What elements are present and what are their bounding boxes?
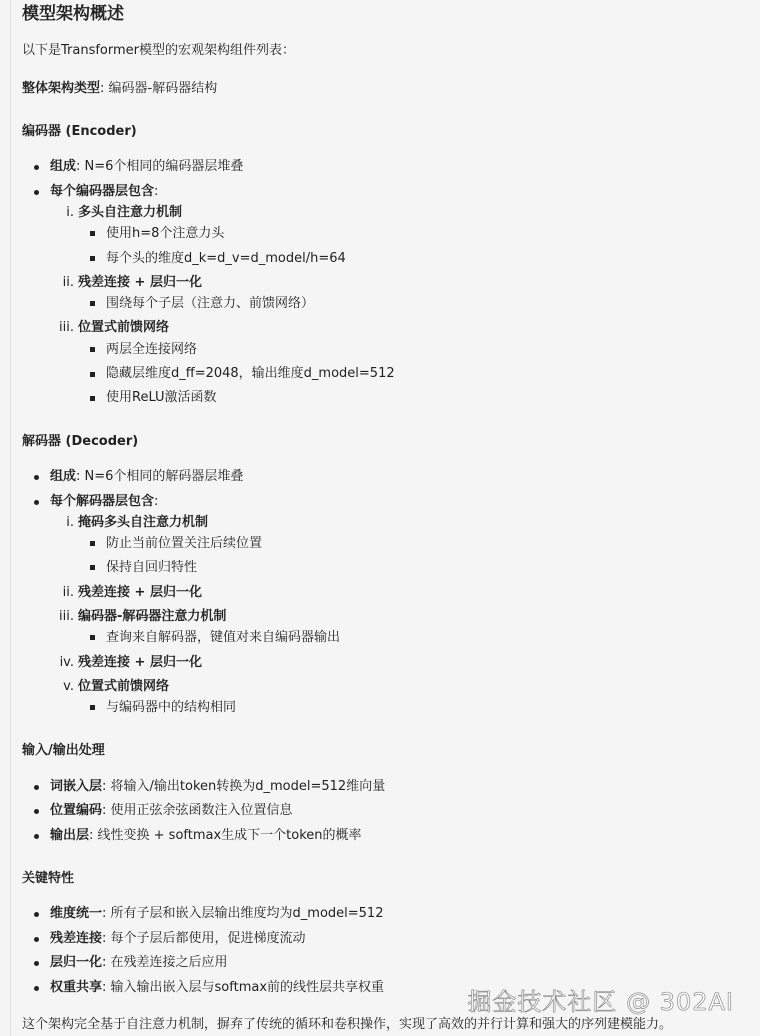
sublayer-title: 残差连接 + 层归一化 xyxy=(78,655,202,671)
encoder-heading: 编码器 (Encoder) xyxy=(22,124,137,140)
sublayer-title: 位置式前馈网络 xyxy=(78,679,169,695)
bullet-icon xyxy=(34,475,39,480)
list-number: v. xyxy=(54,679,74,695)
list-item: 隐藏层维度d_ff=2048，输出维度d_model=512 xyxy=(106,366,395,382)
list-item: 防止当前位置关注后续位置 xyxy=(106,536,262,552)
list-number: iv. xyxy=(54,655,74,671)
list-number: ii. xyxy=(54,585,74,601)
decoder-heading: 解码器 (Decoder) xyxy=(22,434,138,450)
list-number: i. xyxy=(54,515,74,531)
bullet-icon xyxy=(34,785,39,790)
list-item: 使用ReLU激活函数 xyxy=(106,390,217,406)
list-item: 与编码器中的结构相同 xyxy=(106,700,236,716)
list-item: 层归一化: 在残差连接之后应用 xyxy=(50,955,228,971)
square-bullet-icon xyxy=(90,347,95,352)
bullet-icon xyxy=(34,500,39,505)
list-item: 维度统一: 所有子层和嵌入层输出维度均为d_model=512 xyxy=(50,906,383,922)
square-bullet-icon xyxy=(90,635,95,640)
overall-type: 整体架构类型: 编码器-解码器结构 xyxy=(22,81,217,97)
list-item: 输出层: 线性变换 + softmax生成下一个token的概率 xyxy=(50,828,362,844)
conclusion-text: 这个架构完全基于自注意力机制，摒弃了传统的循环和卷积操作，实现了高效的并行计算和… xyxy=(22,1017,672,1033)
list-item: 围绕每个子层（注意力、前馈网络） xyxy=(106,296,314,312)
list-number: iii. xyxy=(54,609,74,625)
sublayer-title: 残差连接 + 层归一化 xyxy=(78,585,202,601)
square-bullet-icon xyxy=(90,396,95,401)
list-item: 残差连接: 每个子层后都使用，促进梯度流动 xyxy=(50,931,306,947)
features-heading: 关键特性 xyxy=(22,871,74,887)
list-item: 位置编码: 使用正弦余弦函数注入位置信息 xyxy=(50,803,293,819)
sublayer-title: 多头自注意力机制 xyxy=(78,205,182,221)
square-bullet-icon xyxy=(90,256,95,261)
list-number: iii. xyxy=(54,320,74,336)
square-bullet-icon xyxy=(90,565,95,570)
intro-text: 以下是Transformer模型的宏观架构组件列表： xyxy=(22,43,295,59)
square-bullet-icon xyxy=(90,301,95,306)
square-bullet-icon xyxy=(90,372,95,377)
sublayer-title: 残差连接 + 层归一化 xyxy=(78,275,202,291)
list-number: ii. xyxy=(54,275,74,291)
square-bullet-icon xyxy=(90,231,95,236)
list-item: 两层全连接网络 xyxy=(106,342,197,358)
bullet-icon xyxy=(34,961,39,966)
square-bullet-icon xyxy=(90,705,95,710)
bullet-icon xyxy=(34,165,39,170)
bullet-icon xyxy=(34,986,39,991)
list-number: i. xyxy=(54,205,74,221)
bullet-icon xyxy=(34,190,39,195)
bullet-icon xyxy=(34,834,39,839)
list-item: 保持自回归特性 xyxy=(106,560,197,576)
bullet-icon xyxy=(34,809,39,814)
list-item: 组成: N=6个相同的解码器层堆叠 xyxy=(50,469,243,485)
sublayer-title: 编码器-解码器注意力机制 xyxy=(78,609,226,625)
bullet-icon xyxy=(34,937,39,942)
list-item: 每个头的维度d_k=d_v=d_model/h=64 xyxy=(106,251,346,267)
list-item: 每个编码器层包含: xyxy=(50,184,158,200)
list-item: 每个解码器层包含: xyxy=(50,494,158,510)
list-item: 查询来自解码器，键值对来自编码器输出 xyxy=(106,630,340,646)
sublayer-title: 位置式前馈网络 xyxy=(78,320,169,336)
io-heading: 输入/输出处理 xyxy=(22,743,105,759)
square-bullet-icon xyxy=(90,541,95,546)
bullet-icon xyxy=(34,912,39,917)
sublayer-title: 掩码多头自注意力机制 xyxy=(78,515,208,531)
list-item: 词嵌入层: 将输入/输出token转换为d_model=512维向量 xyxy=(50,779,385,795)
list-item: 权重共享: 输入输出嵌入层与softmax前的线性层共享权重 xyxy=(50,980,384,996)
list-item: 使用h=8个注意力头 xyxy=(106,226,224,242)
list-item: 组成: N=6个相同的编码器层堆叠 xyxy=(50,159,243,175)
page-title: 模型架构概述 xyxy=(22,4,124,24)
watermark: 掘金技术社区 @ 302AI xyxy=(467,982,734,1017)
